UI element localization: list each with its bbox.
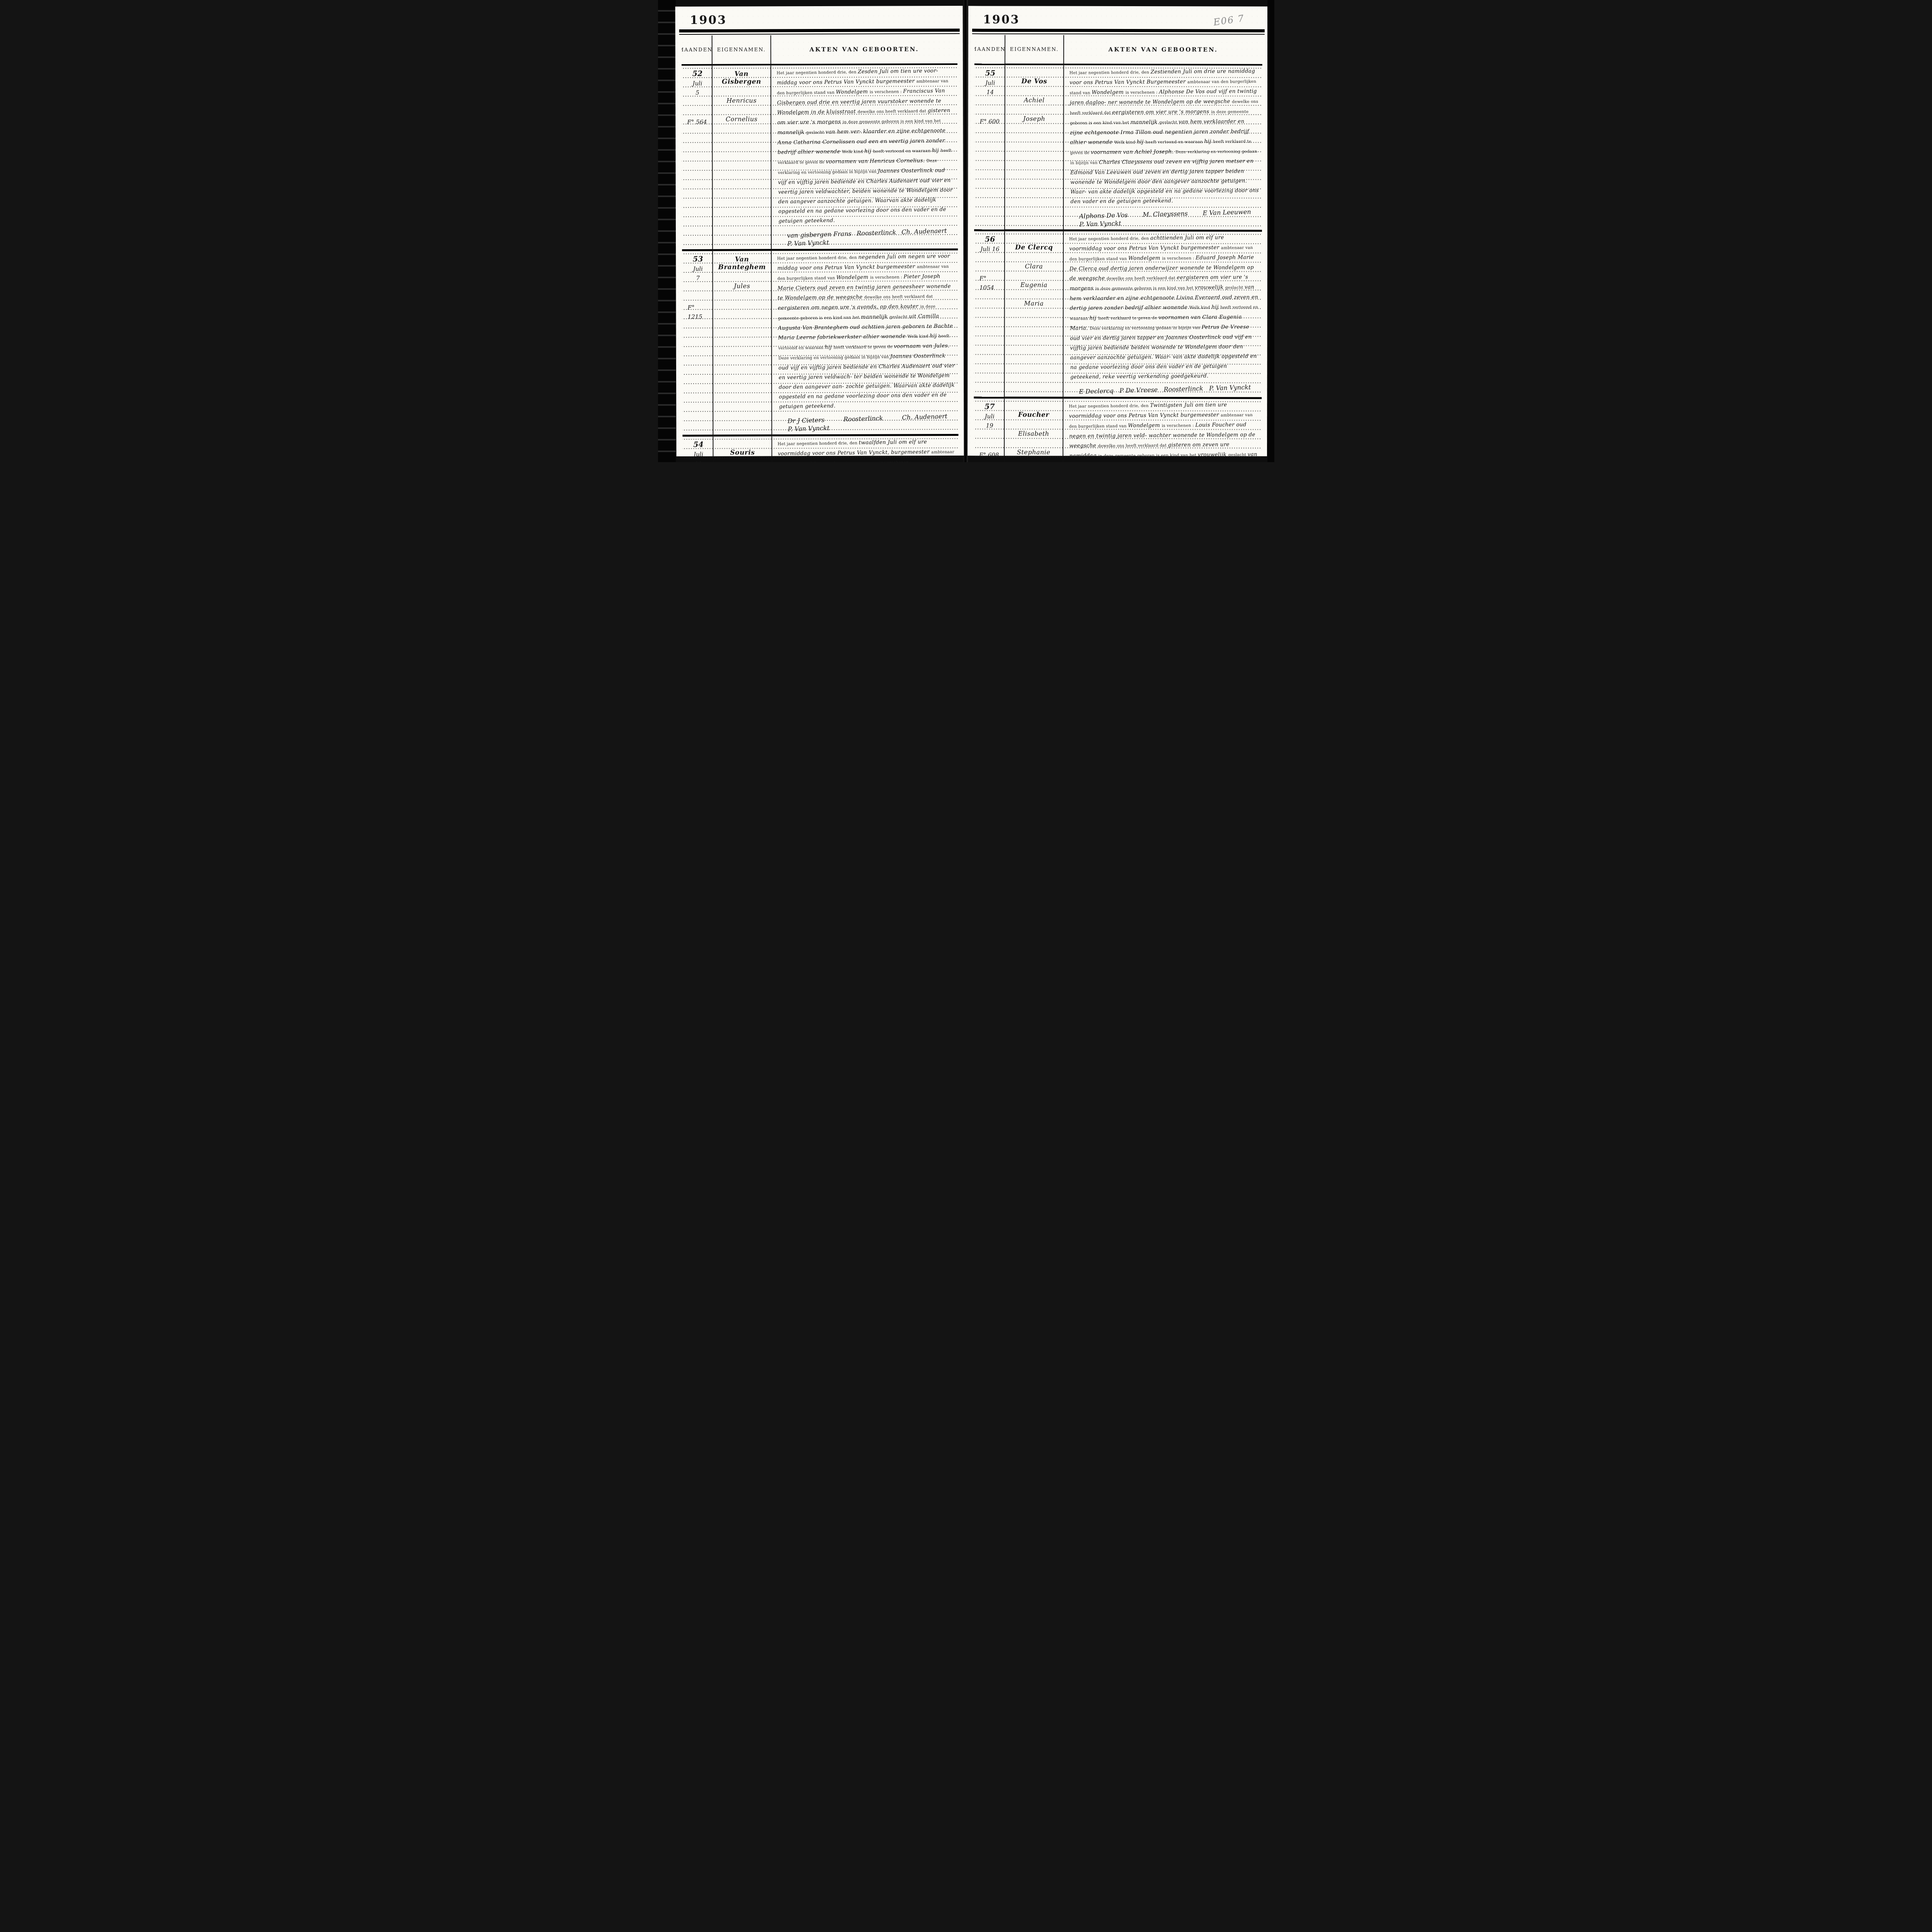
handwritten-text: voornaam van Jules. (893, 343, 949, 350)
printed-form-text: Welk kind (907, 334, 930, 339)
signature: Alphons De Vos (1079, 211, 1128, 220)
given-name: Eugenia (1007, 270, 1060, 289)
signature: P. Van Vynckt (787, 424, 830, 433)
register-table: MAANDEN. EIGENNAMEN. AKTEN VAN GEBOORTEN… (973, 35, 1262, 462)
signature: E Van Leeuwen (1202, 208, 1251, 216)
handwritten-text: hij (930, 333, 939, 339)
printed-form-text: geslacht (806, 130, 825, 135)
given-name: Camilla (1007, 456, 1060, 462)
given-name: Joseph (1007, 104, 1061, 122)
given-name: Jules (715, 271, 769, 289)
act-cell: Het jaar negentien honderd drie, den twa… (772, 436, 959, 462)
given-name: Maria (1007, 289, 1060, 307)
month-line: Juli (684, 79, 710, 88)
signature: Roosterlinck (843, 414, 883, 423)
column-header-eigennamen: EIGENNAMEN. (1005, 35, 1064, 65)
handwritten-text: Wondelgem (1092, 89, 1126, 96)
surname: Foucher (1007, 400, 1060, 419)
act-cell: Het jaar negentien honderd drie, den neg… (772, 250, 958, 436)
signature: van gisbergen Frans (787, 230, 851, 239)
printed-form-text: heeft vertoond en waaraan (1145, 139, 1204, 145)
handwritten-text: eergisteren om negen ure 's avonds, op d… (777, 303, 920, 311)
handwritten-text: hij (1136, 139, 1145, 145)
month-cell: 52Juli5F° 564 (681, 66, 713, 251)
month-line: 19 (977, 421, 1002, 430)
handwritten-text: Joannes Oosterlinck oud vijf en vijftig … (778, 353, 954, 410)
month-line: 11 (685, 459, 711, 462)
handwritten-text: hij (932, 147, 940, 153)
handwritten-text: Wondelgem (1128, 422, 1162, 429)
folio-number: F° 1054 (977, 274, 1002, 292)
printed-form-text: is verschenen : (869, 89, 903, 94)
handwritten-text: mannelijk (861, 314, 889, 320)
handwritten-text: hij (825, 344, 833, 350)
handwritten-text: hij (864, 148, 873, 154)
month-line: Juli (685, 264, 711, 274)
printed-form-text: Welk kind (1189, 305, 1211, 310)
folio-number: F° 1215 (685, 303, 711, 321)
month-line: Juli 16 (977, 244, 1002, 253)
printed-form-text: dewelke ons heeft verklaard dat (1098, 443, 1168, 448)
act-text: Het jaar negentien honderd drie, den Zes… (1069, 66, 1259, 206)
signature: P. Van Vynckt (787, 239, 829, 247)
handwritten-text: mannelijk (777, 129, 806, 136)
handwritten-text: hij (1211, 304, 1220, 310)
printed-form-text: dewelke ons heeft verklaard dat (864, 294, 933, 299)
printed-form-text: geslacht (1225, 285, 1245, 290)
column-header-eigennamen: EIGENNAMEN. (712, 35, 771, 65)
printed-form-text: is verschenen : (1162, 423, 1195, 428)
act-cell: Het jaar negentien honderd drie, den ach… (1063, 231, 1262, 399)
signature: Ch. Audenaert (901, 227, 947, 236)
surname: Van Gisbergen (714, 67, 768, 85)
folio-number: F° 600 (977, 117, 1003, 126)
printed-form-text: is verschenen : (1162, 256, 1196, 261)
handwritten-text: Wondelgem (836, 274, 870, 281)
act-cell: Het jaar negentien honderd drie, den Twi… (1063, 399, 1262, 462)
handwritten-text: hij (1204, 138, 1213, 145)
printed-form-text: dewelke ons heeft verklaard dat (1107, 276, 1177, 281)
handwritten-text: eergisteren om vier ure 's morgens (1112, 109, 1211, 116)
act-cell: Het jaar negentien honderd drie, den Zes… (1063, 65, 1262, 232)
act-number: 55 (977, 68, 1003, 78)
printed-form-text: is verschenen : (870, 275, 903, 280)
handwritten-text: vrouwelijk (1194, 284, 1225, 291)
book-gutter (963, 0, 968, 462)
printed-form-text: Het jaar negentien honderd drie, den (776, 70, 857, 76)
handwritten-text: voornamen van Achiel Joseph. (1090, 149, 1175, 156)
act-cell: Het jaar negentien honderd drie, den Zes… (771, 65, 957, 251)
handwritten-text: mannelijk (1130, 119, 1159, 126)
signature: P De Vreese (1119, 386, 1158, 395)
printed-form-text: Het jaar negentien honderd drie, den (777, 441, 859, 447)
act-number: 56 (977, 234, 1002, 244)
signatures-row: van gisbergen FransRoosterlinckCh. Auden… (787, 227, 947, 247)
printed-form-text: Het jaar negentien honderd drie, den (1069, 236, 1150, 241)
folio-number: F° 608 (976, 450, 1002, 459)
handwritten-text: Joannes Oosterlinck oud vijf en vijftig … (778, 167, 952, 224)
names-cell: Van BranteghemJules (713, 251, 772, 436)
printed-form-text: is verschenen : (879, 460, 913, 462)
month-cell: 55Juli14F° 600 (974, 65, 1005, 231)
act-text: Het jaar negentien honderd drie, den Twi… (1069, 400, 1259, 462)
signature: Roosterlinck (856, 228, 896, 237)
month-cell: 53Juli7F° 1215 (682, 251, 713, 437)
handwritten-text: Petrus De Vreese oud vier en dertig jare… (1070, 324, 1257, 380)
names-cell: Van GisbergenHenricusCornelius (712, 65, 771, 251)
page-left: 1903 MAANDEN. EIGENNAMEN. AKTEN VAN GEBO… (675, 6, 964, 456)
handwritten-text: Wondelgem (1128, 255, 1162, 262)
names-cell: De VosAchielJoseph (1005, 65, 1064, 231)
surname: De Vos (1007, 67, 1061, 85)
month-cell: 54Juli11F° 722 (682, 437, 714, 462)
month-cell: 56Juli 16F° 1054 (974, 231, 1005, 398)
handwritten-text: Wondelgem (845, 459, 879, 462)
scanned-register-spread: 1903 MAANDEN. EIGENNAMEN. AKTEN VAN GEBO… (658, 0, 1274, 462)
act-text: Het jaar negentien honderd drie, den ach… (1069, 232, 1259, 382)
signature: E Declercq (1079, 387, 1114, 395)
given-name: Clara (1007, 252, 1060, 270)
surname: Van Branteghem (715, 252, 769, 271)
handwritten-text: Wondelgem (836, 88, 870, 95)
signature: P. Van Vynckt (1079, 219, 1121, 228)
act-number: 54 (685, 440, 711, 450)
signatures-row: Alphons De VosM. ClaeyssensE Van Leeuwen… (1079, 208, 1251, 228)
month-line: 5 (685, 88, 710, 97)
given-name: Cornelius (715, 104, 768, 122)
header-rule-thin (972, 33, 1264, 34)
signatures-row: Dr J CietersRoosterlinckCh. AudenaertP. … (787, 412, 947, 433)
column-header-maanden: MAANDEN. (681, 36, 712, 66)
act-number: 52 (684, 69, 710, 79)
signature: P. Van Vynckt (1209, 383, 1251, 392)
signature: Roosterlinck (1163, 385, 1203, 393)
printed-form-text: Het jaar negentien honderd drie, den (777, 255, 858, 261)
act-text: Het jaar negentien honderd drie, den neg… (777, 251, 956, 412)
printed-form-text: geslacht (1228, 452, 1247, 457)
month-line: 14 (977, 87, 1003, 97)
printed-form-text: heeft verklaard te geven de (833, 345, 894, 350)
year-label: 1903 (681, 10, 957, 29)
month-line: Juli (977, 412, 1002, 421)
month-cell: 57Juli19F° 608 (973, 398, 1005, 462)
signature: Ch. Audenaert (901, 412, 947, 421)
printed-form-text: Het jaar negentien honderd drie, den (1069, 70, 1150, 75)
surname: Souris (716, 438, 769, 456)
names-cell: De ClercqClaraEugeniaMaria (1005, 231, 1064, 398)
act-number: 57 (977, 401, 1002, 412)
column-header-akten-van-geboorten: AKTEN VAN GEBOORTEN. (1064, 35, 1262, 66)
printed-form-text: Deze verklaring en vertooning gedaan in … (778, 355, 890, 361)
names-cell: SourisJules (713, 436, 772, 462)
printed-form-text: geslacht (889, 315, 909, 320)
printed-form-text: geslacht (1159, 120, 1179, 125)
signatures-row: E DeclercqP De VreeseRoosterlinckP. Van … (1079, 383, 1251, 395)
printed-form-text: Welk kind (842, 150, 864, 155)
folio-number: F° 564 (685, 117, 710, 127)
month-line: Juli (977, 78, 1003, 87)
printed-form-text: in deze gemeente geboren is een kind van… (1098, 453, 1198, 458)
given-name: Jules (716, 456, 769, 462)
signature: Dr J Cieters (787, 416, 824, 425)
printed-form-text: in deze gemeente geboren is een kind van… (1095, 286, 1195, 291)
printed-form-text: Het jaar negentien honderd drie, den (1069, 403, 1150, 409)
printed-form-text: Deze verklaring en vertooning gedaan in … (1090, 325, 1201, 331)
month-line: 7 (685, 274, 711, 283)
given-name: Elisabeth (1007, 419, 1060, 437)
printed-form-text: in deze gemeente geboren is een kind van… (842, 119, 940, 124)
act-text: Het jaar negentien honderd drie, den twa… (777, 437, 956, 462)
act-text: Het jaar negentien honderd drie, den Zes… (776, 66, 955, 226)
printed-form-text: dewelke ons heeft verklaard dat (857, 109, 927, 114)
names-cell: FoucherElisabethStephanieCamilla (1004, 398, 1063, 462)
given-name: Stephanie (1007, 437, 1060, 456)
printed-form-text: heeft verklaard te geven de (1098, 316, 1158, 321)
given-name: Henricus (715, 85, 768, 104)
header-rule-thick (972, 29, 1264, 32)
column-header-maanden: MAANDEN. (974, 35, 1005, 65)
surname: De Clercq (1007, 233, 1060, 252)
register-table: MAANDEN. EIGENNAMEN. AKTEN VAN GEBOORTEN… (681, 35, 959, 462)
page-right: E06 7 1903 MAANDEN. EIGENNAMEN. AKTEN VA… (967, 6, 1267, 456)
printed-form-text: is verschenen : (1125, 90, 1159, 95)
act-number: 53 (685, 254, 711, 264)
column-header-akten-van-geboorten: AKTEN VAN GEBOORTEN. (771, 35, 957, 65)
header-rule-thick (679, 29, 959, 32)
printed-form-text: heeft vertoond en waaraan (873, 148, 932, 154)
handwritten-text: hij (1089, 315, 1098, 321)
month-line: Juli (685, 450, 711, 459)
signature: M. Claeyssens (1143, 210, 1188, 218)
handwritten-text: voornamen van Henricus Cornelius. (825, 158, 926, 165)
printed-form-text: Welk kind (1114, 140, 1136, 145)
handwritten-text: vrouwelijk (1197, 452, 1228, 458)
given-name: Achiel (1007, 85, 1061, 104)
